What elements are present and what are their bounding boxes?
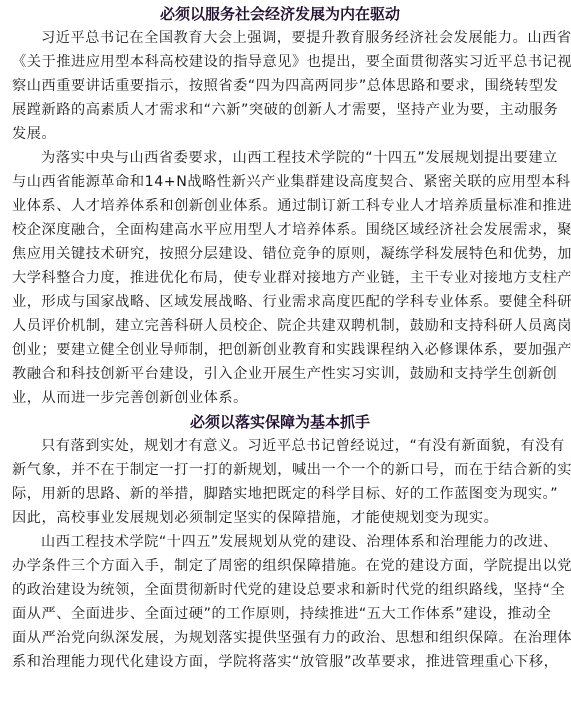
- text-line: 展蹚新路的高素质人才需求和“六新”突破的创新人才需要，坚持产业为要，主动服务: [12, 98, 560, 122]
- text-line: 与山西省能源革命和14+N战略性新兴产业集群建设高度契合、紧密关联的应用型本科专: [12, 170, 560, 194]
- text-line: 大学科整合力度，推进优化布局，使专业群对接地方产业链，主干专业对接地方支柱产: [12, 266, 560, 290]
- text-line: 察山西重要讲话重要指示，按照省委“四为四高两同步”总体思路和要求，围绕转型发: [12, 74, 560, 98]
- section-heading-implementation-guarantee: 必须以落实保障为基本抓手: [12, 410, 560, 434]
- text-line: 因此，高校事业发展规划必须制定坚实的保障措施，才能使规划变为现实。: [12, 506, 560, 530]
- text-line: 为落实中央与山西省委要求，山西工程技术学院的“十四五”发展规划提出要建立: [12, 146, 560, 170]
- text-line: 业体系、人才培养体系和创新创业体系。通过制订新工科专业人才培养质量标准和推进: [12, 194, 560, 218]
- text-line: 校企深度融合，全面构建高水平应用型人才培养体系。围绕区域经济社会发展需求，聚: [12, 218, 560, 242]
- text-line: 《关于推进应用型本科高校建设的指导意见》也提出，要全面贯彻落实习近平总书记视: [12, 50, 560, 74]
- text-line: 发展。: [12, 122, 560, 146]
- section-heading-service-economy: 必须以服务社会经济发展为内在驱动: [12, 2, 560, 26]
- paragraph-service-economy-2: 为落实中央与山西省委要求，山西工程技术学院的“十四五”发展规划提出要建立 与山西…: [12, 146, 560, 410]
- paragraph-implementation-2: 山西工程技术学院“十四五”发展规划从党的建设、治理体系和治理能力的改进、 办学条…: [12, 530, 560, 674]
- text-line: 习近平总书记在全国教育大会上强调，要提升教育服务经济社会发展能力。山西省: [12, 26, 560, 50]
- paragraph-service-economy-1: 习近平总书记在全国教育大会上强调，要提升教育服务经济社会发展能力。山西省 《关于…: [12, 26, 560, 146]
- text-line: 只有落到实处，规划才有意义。习近平总书记曾经说过，“有没有新面貌，有没有: [12, 434, 560, 458]
- text-line: 创业；要建立健全创业导师制，把创新创业教育和实践课程纳入必修课体系，要加强产: [12, 338, 560, 362]
- paragraph-implementation-1: 只有落到实处，规划才有意义。习近平总书记曾经说过，“有没有新面貌，有没有 新气象…: [12, 434, 560, 530]
- text-line: 山西工程技术学院“十四五”发展规划从党的建设、治理体系和治理能力的改进、: [12, 530, 560, 554]
- text-line: 面从严治党向纵深发展，为规划落实提供坚强有力的政治、思想和组织保障。在治理体: [12, 626, 560, 650]
- text-line: 际，用新的思路、新的举措，脚踏实地把既定的科学目标、好的工作蓝图变为现实。”: [12, 482, 560, 506]
- text-line: 新气象，并不在于制定一打一打的新规划，喊出一个一个的新口号，而在于结合新的实: [12, 458, 560, 482]
- text-line: 教融合和科技创新平台建设，引入企业开展生产性实习实训，鼓励和支持学生创新创: [12, 362, 560, 386]
- article: 必须以服务社会经济发展为内在驱动 习近平总书记在全国教育大会上强调，要提升教育服…: [0, 0, 560, 674]
- text-line: 业，形成与国家战略、区域发展战略、行业需求高度匹配的学科专业体系。要健全科研: [12, 290, 560, 314]
- text-line: 面从严、全面进步、全面过硬”的工作原则，持续推进“五大工作体系”建设，推动全: [12, 602, 560, 626]
- text-line: 办学条件三个方面入手，制定了周密的组织保障措施。在党的建设方面，学院提出以党: [12, 554, 560, 578]
- text-line: 系和治理能力现代化建设方面，学院将落实“放管服”改革要求，推进管理重心下移，: [12, 650, 560, 674]
- text-line: 焦应用关键技术研究，按照分层建设、错位竞争的原则，凝练学科发展特色和优势，加: [12, 242, 560, 266]
- text-line: 人员评价机制，建立完善科研人员校企、院企共建双聘机制，鼓励和支持科研人员离岗: [12, 314, 560, 338]
- text-line: 的政治建设为统领，全面贯彻新时代党的建设总要求和新时代党的组织路线，坚持“全: [12, 578, 560, 602]
- text-line: 业，从而进一步完善创新创业体系。: [12, 386, 560, 410]
